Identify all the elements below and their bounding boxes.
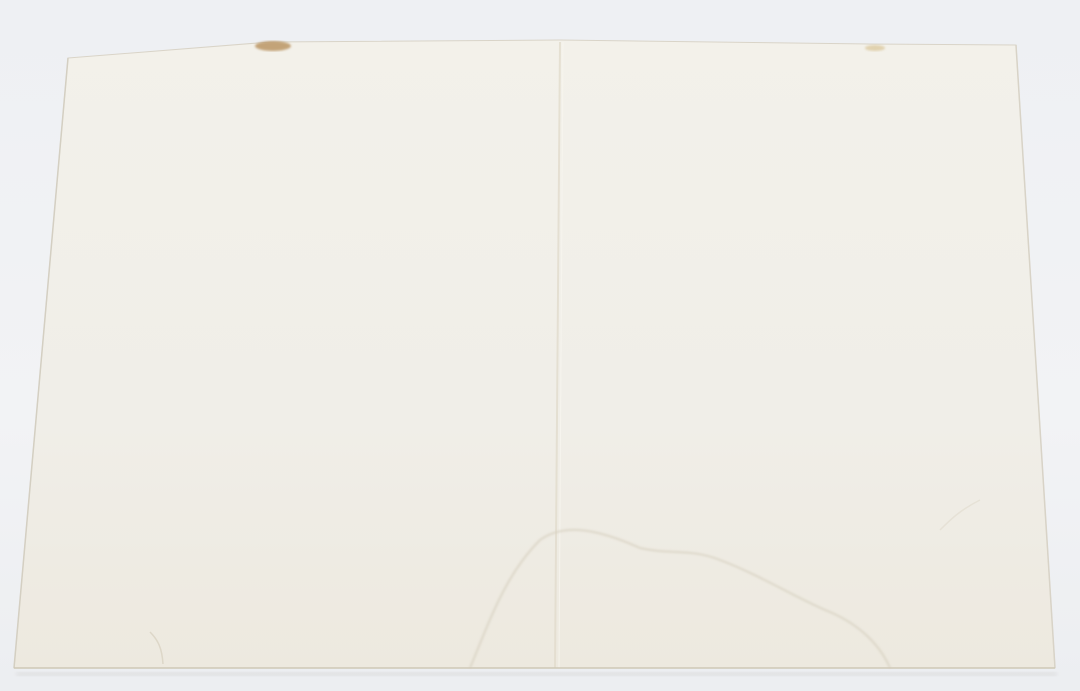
top-right-stain bbox=[865, 45, 885, 51]
top-left-stain bbox=[255, 41, 291, 51]
paper-shadow bbox=[16, 672, 1057, 676]
paper-photo bbox=[0, 0, 1080, 691]
paper-sheet bbox=[14, 40, 1055, 668]
